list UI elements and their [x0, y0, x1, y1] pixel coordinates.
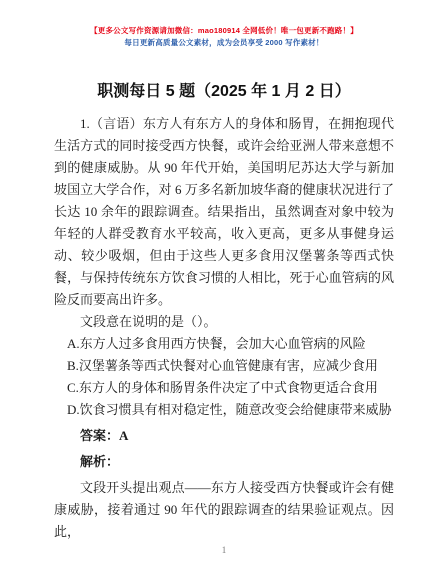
question-block: 1.（言语）东方人有东方人的身体和肠胃，在拥抱现代生活方式的同时接受西方快餐，或…: [54, 113, 394, 543]
document-page: 【更多公文写作资源请加微信：mao180914 全网低价！唯一包更新不跑路！】 …: [0, 0, 448, 580]
watermark-line-2: 每日更新高质量公文素材，成为会员享受 2000 写作素材！: [0, 37, 448, 49]
header-watermark: 【更多公文写作资源请加微信：mao180914 全网低价！唯一包更新不跑路！】 …: [0, 0, 448, 49]
answer-label: 答案：A: [54, 425, 394, 447]
analysis-text: 文段开头提出观点——东方人接受西方快餐或许会有健康威胁，接着通过 90 年代的跟…: [54, 477, 394, 543]
page-number: 1: [0, 545, 448, 555]
option-d: D.饮食习惯具有相对稳定性，随意改变会给健康带来威胁: [54, 399, 394, 421]
option-c: C.东方人的身体和肠胃条件决定了中式食物更适合食用: [54, 377, 394, 399]
question-stem: 1.（言语）东方人有东方人的身体和肠胃，在拥抱现代生活方式的同时接受西方快餐，或…: [54, 113, 394, 311]
watermark-line-1: 【更多公文写作资源请加微信：mao180914 全网低价！唯一包更新不跑路！】: [0, 25, 448, 37]
question-prompt: 文段意在说明的是（）。: [54, 311, 394, 333]
option-b: B.汉堡薯条等西式快餐对心血管健康有害，应减少食用: [54, 355, 394, 377]
analysis-heading: 解析：: [54, 451, 394, 473]
page-title: 职测每日 5 题（2025 年 1 月 2 日）: [0, 80, 448, 104]
option-a: A.东方人过多食用西方快餐，会加大心血管病的风险: [54, 333, 394, 355]
